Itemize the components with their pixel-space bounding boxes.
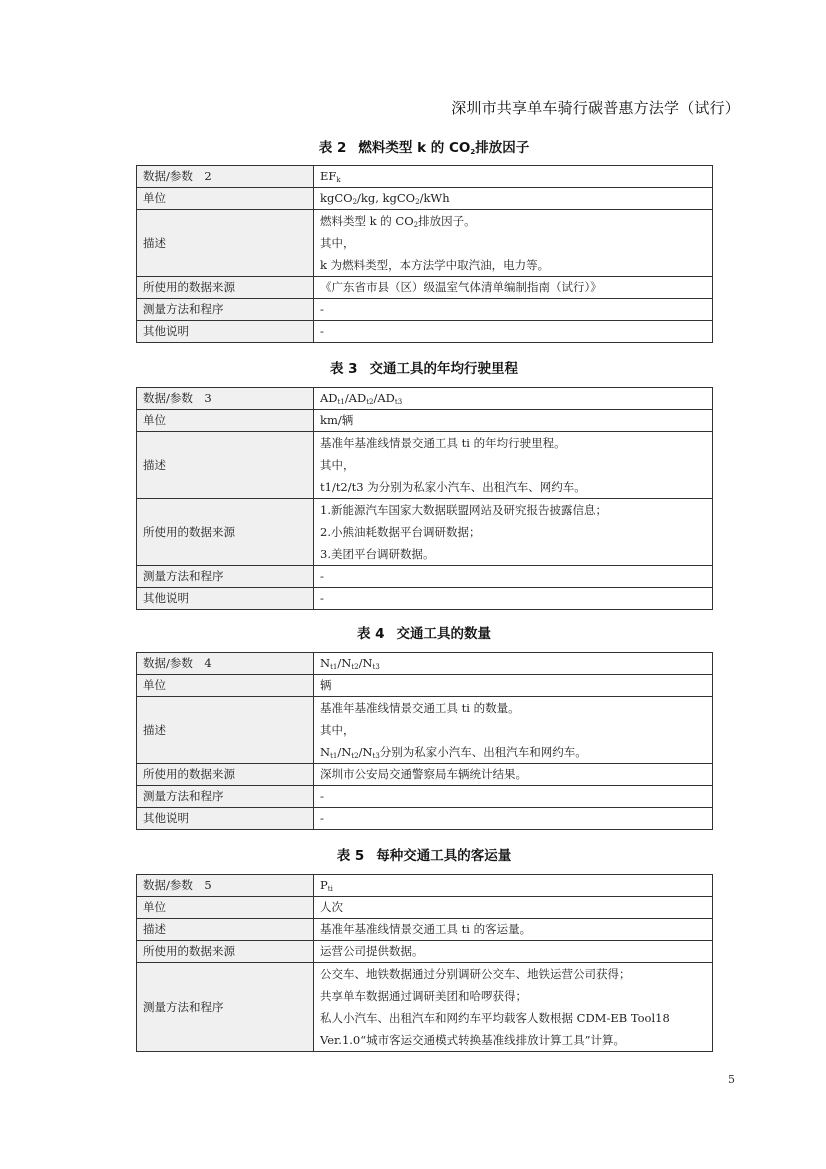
row-key: 其他说明 [137,808,314,830]
value-line: 1.新能源汽车国家大数据联盟网站及研究报告披露信息； [320,499,706,521]
row-value: - [314,786,713,808]
value-line: 共享单车数据通过调研美团和哈啰获得； [320,985,706,1007]
row-key: 所使用的数据来源 [137,764,314,786]
row-value: 基准年基准线情景交通工具 ti 的数量。 其中， Nt1/Nt2/Nt3分别为私… [314,697,713,764]
row-key: 数据/参数 2 [137,166,314,188]
table-row: 所使用的数据来源 1.新能源汽车国家大数据联盟网站及研究报告披露信息； 2.小熊… [137,499,713,566]
table-row: 数据/参数 4 Nt1/Nt2/Nt3 [137,653,713,675]
table-row: 其他说明 - [137,588,713,610]
row-key: 数据/参数 4 [137,653,314,675]
caption-title: 燃料类型 k 的 CO2排放因子 [358,140,529,156]
value-line: k 为燃料类型，本方法学中取汽油，电力等。 [320,254,706,276]
table-row: 数据/参数 5 Pti [137,875,713,897]
table-row: 测量方法和程序 - [137,566,713,588]
row-key: 测量方法和程序 [137,299,314,321]
table-2-caption: 表 2燃料类型 k 的 CO2排放因子 [136,136,712,156]
row-key: 其他说明 [137,588,314,610]
row-value: 基准年基准线情景交通工具 ti 的年均行驶里程。 其中， t1/t2/t3 为分… [314,432,713,499]
value-line: 私人小汽车、出租汽车和网约车平均载客人数根据 CDM-EB Tool18 [320,1007,706,1029]
table-3-annual-mileage: 数据/参数 3 ADt1/ADt2/ADt3 单位 km/辆 描述 基准年基准线… [136,387,713,610]
row-key: 描述 [137,210,314,277]
table-row: 其他说明 - [137,321,713,343]
value-line: Ver.1.0“城市客运交通模式转换基准线排放计算工具”计算。 [320,1029,706,1051]
table-row: 所使用的数据来源 运营公司提供数据。 [137,941,713,963]
table-row: 所使用的数据来源 深圳市公安局交通警察局车辆统计结果。 [137,764,713,786]
row-value: Pti [314,875,713,897]
row-key: 所使用的数据来源 [137,499,314,566]
row-value: 公交车、地铁数据通过分别调研公交车、地铁运营公司获得； 共享单车数据通过调研美团… [314,963,713,1052]
row-key: 所使用的数据来源 [137,277,314,299]
value-line: 基准年基准线情景交通工具 ti 的数量。 [320,697,706,719]
row-value: 《广东省市县（区）级温室气体清单编制指南（试行）》 [314,277,713,299]
row-value: - [314,321,713,343]
row-key: 单位 [137,675,314,697]
table-row: 单位 kgCO2/kg, kgCO2/kWh [137,188,713,210]
table-row: 其他说明 - [137,808,713,830]
row-value: kgCO2/kg, kgCO2/kWh [314,188,713,210]
caption-number: 表 5 [337,848,365,864]
row-key: 单位 [137,188,314,210]
table-row: 描述 基准年基准线情景交通工具 ti 的数量。 其中， Nt1/Nt2/Nt3分… [137,697,713,764]
row-value: - [314,588,713,610]
table-row: 单位 km/辆 [137,410,713,432]
row-value: 辆 [314,675,713,697]
row-value: km/辆 [314,410,713,432]
value-line: 燃料类型 k 的 CO2排放因子。 [320,210,706,232]
table-4-caption: 表 4交通工具的数量 [136,622,712,642]
table-row: 测量方法和程序 公交车、地铁数据通过分别调研公交车、地铁运营公司获得； 共享单车… [137,963,713,1052]
table-5-passenger-volume: 数据/参数 5 Pti 单位 人次 描述 基准年基准线情景交通工具 ti 的客运… [136,874,713,1052]
table-row: 单位 辆 [137,675,713,697]
row-value: EFk [314,166,713,188]
row-value: 1.新能源汽车国家大数据联盟网站及研究报告披露信息； 2.小熊油耗数据平台调研数… [314,499,713,566]
caption-number: 表 4 [357,626,385,642]
value-line: t1/t2/t3 为分别为私家小汽车、出租汽车、网约车。 [320,476,706,498]
row-value: 基准年基准线情景交通工具 ti 的客运量。 [314,919,713,941]
table-row: 数据/参数 3 ADt1/ADt2/ADt3 [137,388,713,410]
row-value: Nt1/Nt2/Nt3 [314,653,713,675]
row-value: 运营公司提供数据。 [314,941,713,963]
table-row: 数据/参数 2 EFk [137,166,713,188]
caption-title: 交通工具的数量 [397,626,492,642]
row-key: 测量方法和程序 [137,786,314,808]
table-row: 描述 基准年基准线情景交通工具 ti 的年均行驶里程。 其中， t1/t2/t3… [137,432,713,499]
row-value: 人次 [314,897,713,919]
row-key: 描述 [137,432,314,499]
caption-number: 表 3 [330,361,358,377]
table-4-vehicle-count: 数据/参数 4 Nt1/Nt2/Nt3 单位 辆 描述 基准年基准线情景交通工具… [136,652,713,830]
row-value: 燃料类型 k 的 CO2排放因子。 其中， k 为燃料类型，本方法学中取汽油，电… [314,210,713,277]
page-number: 5 [728,1073,735,1086]
caption-title: 交通工具的年均行驶里程 [370,361,519,377]
table-row: 描述 基准年基准线情景交通工具 ti 的客运量。 [137,919,713,941]
row-key: 数据/参数 3 [137,388,314,410]
value-line: Nt1/Nt2/Nt3分别为私家小汽车、出租汽车和网约车。 [320,741,706,763]
caption-title: 每种交通工具的客运量 [376,848,511,864]
row-key: 其他说明 [137,321,314,343]
table-row: 所使用的数据来源 《广东省市县（区）级温室气体清单编制指南（试行）》 [137,277,713,299]
row-key: 描述 [137,697,314,764]
row-key: 测量方法和程序 [137,566,314,588]
table-row: 测量方法和程序 - [137,786,713,808]
row-key: 描述 [137,919,314,941]
value-line: 其中， [320,719,706,741]
table-2-emission-factor: 数据/参数 2 EFk 单位 kgCO2/kg, kgCO2/kWh 描述 燃料… [136,165,713,343]
value-line: 2.小熊油耗数据平台调研数据； [320,521,706,543]
running-header: 深圳市共享单车骑行碳普惠方法学（试行） [451,97,740,118]
table-row: 单位 人次 [137,897,713,919]
row-value: - [314,808,713,830]
table-row: 测量方法和程序 - [137,299,713,321]
row-key: 单位 [137,410,314,432]
value-line: 其中， [320,454,706,476]
caption-number: 表 2 [319,140,347,156]
row-value: - [314,299,713,321]
table-row: 描述 燃料类型 k 的 CO2排放因子。 其中， k 为燃料类型，本方法学中取汽… [137,210,713,277]
value-line: 其中， [320,232,706,254]
row-key: 测量方法和程序 [137,963,314,1052]
value-line: 公交车、地铁数据通过分别调研公交车、地铁运营公司获得； [320,963,706,985]
value-line: 3.美团平台调研数据。 [320,543,706,565]
row-key: 单位 [137,897,314,919]
row-value: ADt1/ADt2/ADt3 [314,388,713,410]
table-5-caption: 表 5每种交通工具的客运量 [136,844,712,864]
row-value: 深圳市公安局交通警察局车辆统计结果。 [314,764,713,786]
value-line: 基准年基准线情景交通工具 ti 的年均行驶里程。 [320,432,706,454]
row-key: 所使用的数据来源 [137,941,314,963]
table-3-caption: 表 3交通工具的年均行驶里程 [136,357,712,377]
row-key: 数据/参数 5 [137,875,314,897]
row-value: - [314,566,713,588]
